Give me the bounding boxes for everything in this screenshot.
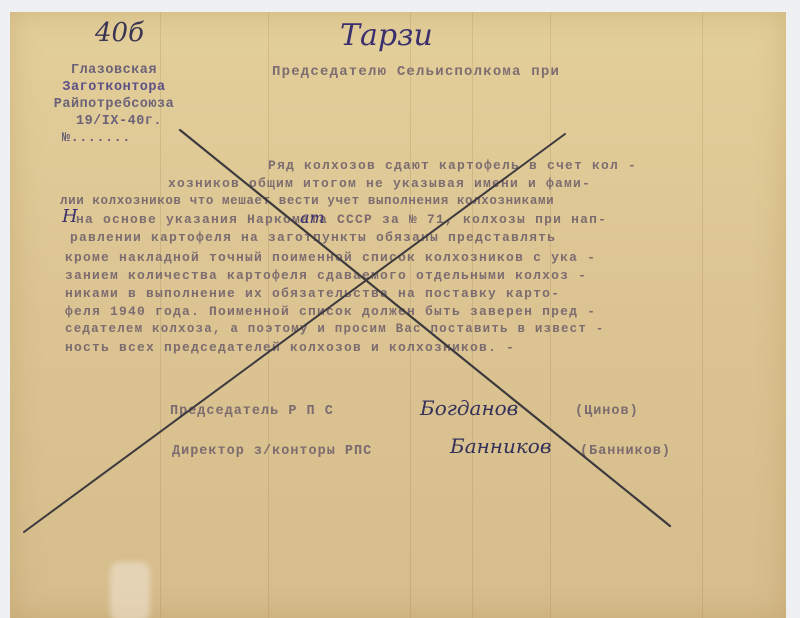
cross-out-mark: [10, 12, 786, 618]
archival-document: 40б Тарзи Глазовская Заготконтора Райпот…: [10, 12, 786, 618]
